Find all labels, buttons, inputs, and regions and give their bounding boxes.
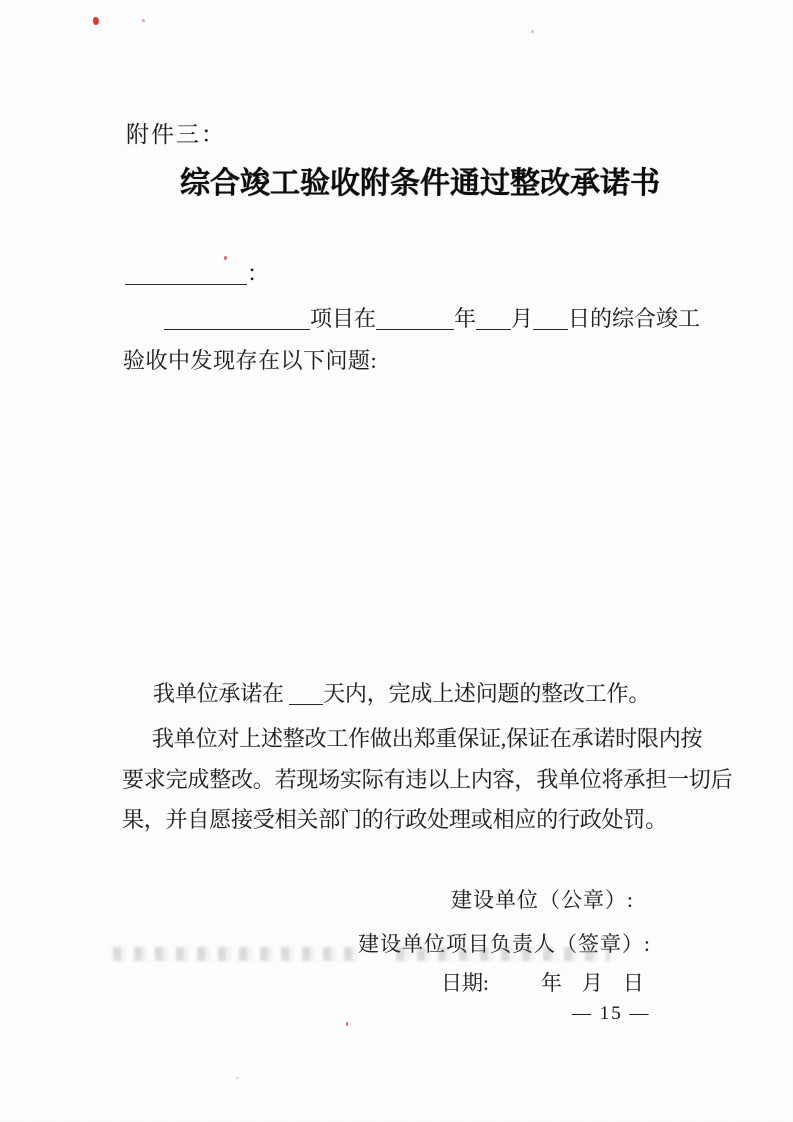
day-blank-line xyxy=(533,307,568,330)
commitment-line-4: 果，并自愿接受相关部门的行政处理或相应的行政处罚。 xyxy=(122,803,667,834)
dust-speck-artifact xyxy=(236,1077,239,1079)
project-info-text: 项目在 xyxy=(310,306,376,331)
month-blank-line xyxy=(476,307,511,330)
year-blank-line xyxy=(376,307,454,330)
red-speck-artifact xyxy=(346,1022,348,1026)
commitment-line-1-post: 天内，完成上述问题的整改工作。 xyxy=(323,681,650,706)
pink-speck-artifact xyxy=(142,19,145,22)
commitment-line-3: 要求完成整改。若现场实际有违以上内容，我单位将承担一切后 xyxy=(122,763,732,794)
commitment-line-1: 我单位承诺在 天内，完成上述问题的整改工作。 xyxy=(153,677,650,708)
dust-speck-artifact xyxy=(531,30,534,33)
salutation-line: ： xyxy=(125,257,269,288)
project-info-text-tail: 日的综合竣工 xyxy=(568,306,700,331)
salutation-colon: ： xyxy=(247,261,269,286)
bleedthrough-text-artifact xyxy=(113,947,365,961)
date-year-label: 年 xyxy=(541,971,562,995)
month-label: 月 xyxy=(511,306,533,331)
date-line: 日期:年月日 xyxy=(441,967,644,997)
year-label: 年 xyxy=(454,306,476,331)
commitment-line-2: 我单位对上述整改工作做出郑重保证,保证在承诺时限内按 xyxy=(152,722,702,753)
date-label: 日期: xyxy=(441,971,489,995)
scanned-document-page: 附件三： 综合竣工验收附条件通过整改承诺书 ： 项目在年月日的综合竣工 验收中发… xyxy=(0,0,793,1122)
document-title: 综合竣工验收附条件通过整改承诺书 xyxy=(180,158,660,202)
manager-seal-label: 建设单位项目负责人（签章）: xyxy=(358,928,651,958)
org-seal-label: 建设单位（公章）: xyxy=(451,884,634,914)
red-ink-speck-artifact xyxy=(93,17,99,25)
project-name-blank-line xyxy=(164,307,310,330)
problems-intro-line: 验收中发现存在以下问题: xyxy=(123,344,377,375)
attachment-label: 附件三： xyxy=(126,116,226,149)
commitment-line-1-pre: 我单位承诺在 xyxy=(153,681,284,706)
date-day-label: 日 xyxy=(623,971,644,995)
project-info-line: 项目在年月日的综合竣工 xyxy=(164,302,700,333)
addressee-blank-line xyxy=(125,262,247,285)
days-blank-line xyxy=(289,682,323,705)
page-number: — 15 — xyxy=(572,1003,651,1025)
date-month-label: 月 xyxy=(582,971,603,995)
